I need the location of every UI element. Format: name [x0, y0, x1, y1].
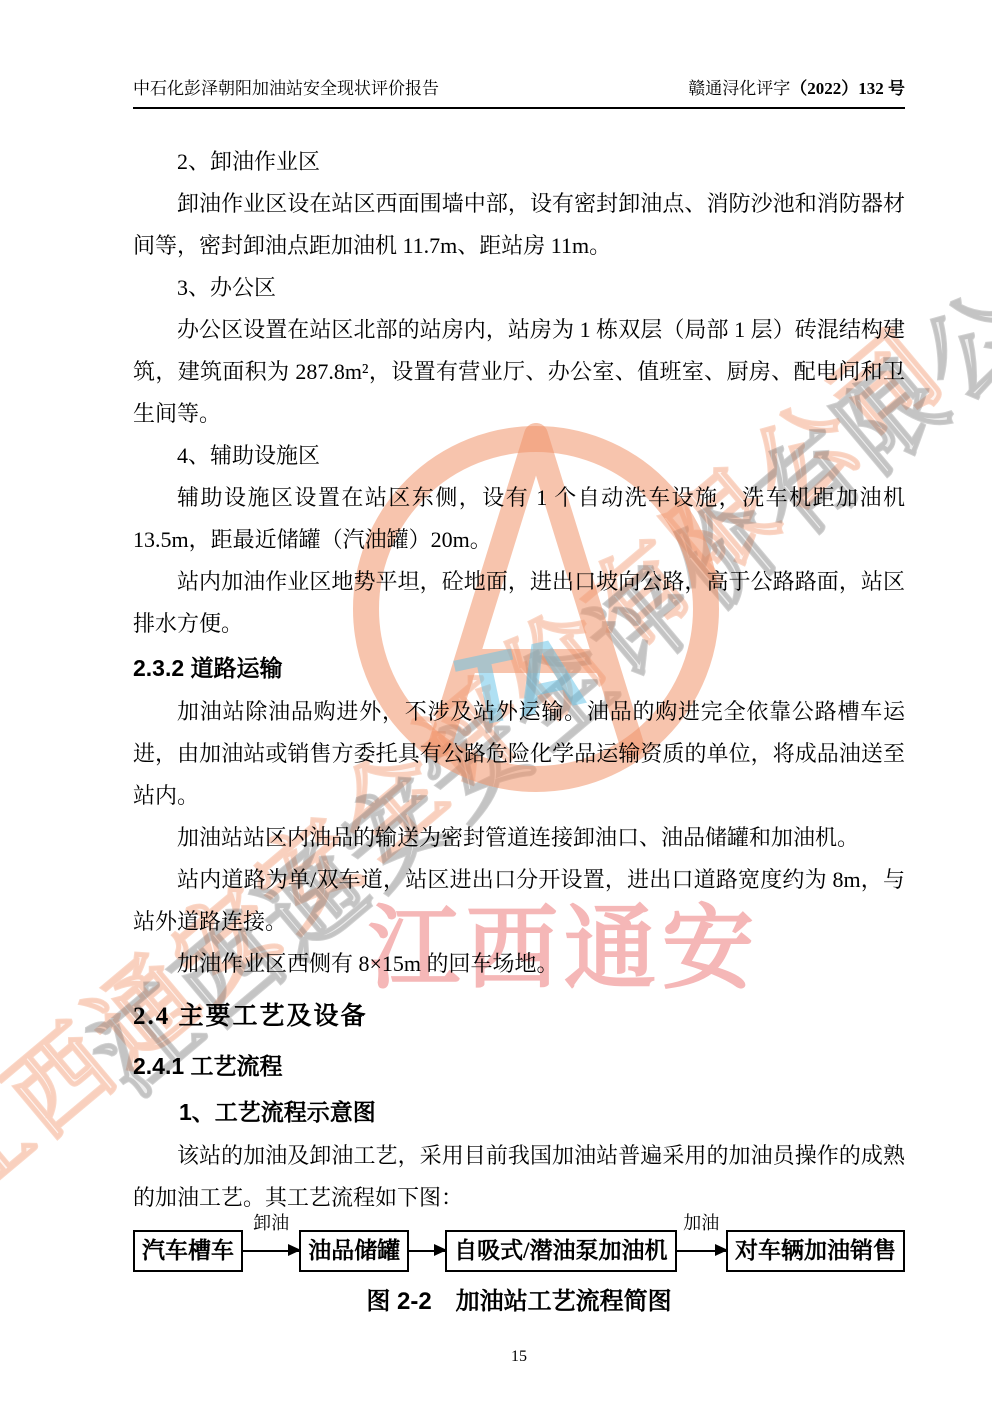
document-body: 2、卸油作业区 卸油作业区设在站区西面围墙中部，设有密封卸油点、消防沙池和消防器…: [133, 141, 905, 1219]
flow-arrow-refuel: 加油: [677, 1229, 726, 1273]
flow-box-storage-tank: 油品储罐: [299, 1230, 409, 1272]
figure-caption: 图 2-2 加油站工艺流程简图: [133, 1285, 905, 1319]
paragraph: 加油作业区西侧有 8×15m 的回车场地。: [133, 943, 905, 985]
paragraph: 站内道路为单/双车道，站区进出口分开设置，进出口道路宽度约为 8m，与站外道路连…: [133, 859, 905, 943]
header-doc-number-value: （2022）132 号: [790, 79, 905, 98]
arrow-right-icon: [243, 1250, 299, 1252]
heading-2-4-main-process: 2.4 主要工艺及设备: [133, 991, 905, 1043]
paragraph: 办公区设置在站区北部的站房内，站房为 1 栋双层（局部 1 层）砖混结构建筑，建…: [133, 309, 905, 435]
paragraph: 辅助设施区设置在站区东侧，设有 1 个自动洗车设施，洗车机距加油机 13.5m，…: [133, 477, 905, 561]
header-doc-number: 赣通浔化评字（2022）132 号: [688, 78, 905, 100]
flow-box-dispenser: 自吸式/潜油泵加油机: [445, 1230, 676, 1272]
paragraph: 加油站除油品购进外，不涉及站外运输。油品的购进完全依靠公路槽车运进，由加油站或销…: [133, 691, 905, 817]
heading-2-4-1-process-flow: 2.4.1 工艺流程: [133, 1043, 905, 1089]
flow-arrow-label-refuel: 加油: [683, 1213, 719, 1233]
flow-box-vehicle-sales: 对车辆加油销售: [726, 1230, 905, 1272]
subheading-auxiliary-area: 4、辅助设施区: [133, 435, 905, 477]
page-content: 中石化彭泽朝阳加油站安全现状评价报告 赣通浔化评字（2022）132 号 2、卸…: [133, 0, 905, 1367]
flow-box-tank-truck: 汽车槽车: [133, 1230, 243, 1272]
flow-arrow-label-unload: 卸油: [253, 1213, 289, 1233]
page-number: 15: [133, 1347, 905, 1367]
arrow-right-icon: [409, 1250, 445, 1252]
process-flow-diagram: 汽车槽车 卸油 油品储罐 自吸式/潜油泵加油机 加油 对车辆加油销售: [133, 1229, 905, 1273]
paragraph: 该站的加油及卸油工艺，采用目前我国加油站普遍采用的加油员操作的成熟的加油工艺。其…: [133, 1135, 905, 1219]
header-rule: [133, 107, 905, 109]
arrow-right-icon: [677, 1250, 726, 1252]
document-page: 江西通安安全评价有限公司 江西通安安全评价有限公司 TA 江西通安 中石化彭泽朝…: [0, 0, 992, 1403]
flow-arrow-unload: 卸油: [243, 1229, 299, 1273]
flow-arrow-plain: [409, 1229, 445, 1273]
subheading-office-area: 3、办公区: [133, 267, 905, 309]
page-header: 中石化彭泽朝阳加油站安全现状评价报告 赣通浔化评字（2022）132 号: [133, 78, 905, 100]
subheading-unloading-area: 2、卸油作业区: [133, 141, 905, 183]
subheading-flow-diagram: 1、工艺流程示意图: [133, 1089, 905, 1135]
paragraph: 站内加油作业区地势平坦，砼地面，进出口坡向公路，高于公路路面，站区排水方便。: [133, 561, 905, 645]
heading-2-3-2-road-transport: 2.3.2 道路运输: [133, 645, 905, 691]
paragraph: 卸油作业区设在站区西面围墙中部，设有密封卸油点、消防沙池和消防器材间等，密封卸油…: [133, 183, 905, 267]
header-report-title: 中石化彭泽朝阳加油站安全现状评价报告: [133, 78, 439, 100]
header-doc-number-prefix: 赣通浔化评字: [688, 79, 790, 98]
paragraph: 加油站站区内油品的输送为密封管道连接卸油口、油品储罐和加油机。: [133, 817, 905, 859]
